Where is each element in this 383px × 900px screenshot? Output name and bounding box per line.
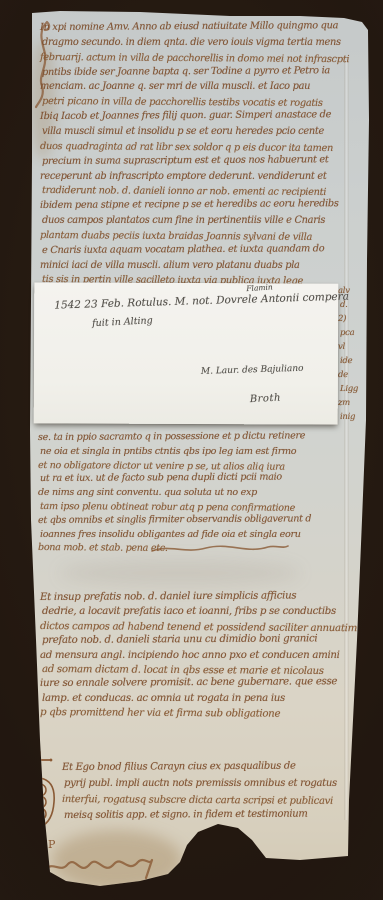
manuscript-line: tam ipso plenu obtineat robur atq p pena… [40, 501, 295, 514]
manuscript-line: Ibiq Iacob et Joannes fres filij quon. g… [40, 109, 331, 122]
manuscript-line: et qbs omnibs et singlis firmiter observ… [38, 513, 311, 526]
manuscript-line: lamp. et conducas. ac omnia ut rogata in… [42, 693, 285, 704]
manuscript-line: petri picano in villa de pacchorellis te… [42, 96, 323, 109]
line-end-fragment: vl [338, 342, 345, 352]
manuscript-line: et no obligatore dictor ut venire p se, … [38, 460, 285, 473]
slip-date-line: 1542 23 Feb. Rotulus. M. not. Dovrele An… [54, 291, 349, 312]
paragraph-mark: C̃ [22, 21, 30, 34]
manuscript-line: dictos campos ad habend tenend et possid… [40, 621, 357, 634]
line-end-fragment: inig [340, 412, 355, 422]
line-end-fragment: de [338, 370, 348, 380]
slip-signature: Broth [250, 393, 282, 405]
manuscript-line: duos quadraginta ad rat libr sex soldor … [40, 141, 333, 154]
vertical-fold-crease [344, 60, 349, 820]
line-end-flourish [150, 542, 290, 556]
manuscript-line: meisq solitis app. et signo. in fidem et… [64, 809, 308, 821]
manuscript-line: Et insup prefatis nob. d. daniel iure si… [40, 590, 296, 603]
manuscript-line: februarij. actum in villa de pacchorelli… [40, 52, 349, 65]
manuscript-line: duos campos plantatos cum fine in pertin… [42, 215, 325, 226]
notary-letter-left: Ç [22, 838, 30, 851]
manuscript-line: tradiderunt nob. d. danieli ionno ar nob… [42, 185, 326, 198]
manuscript-line: ad somam dictam d. locat in qbs esse et … [42, 664, 324, 677]
line-end-fragment: pca [340, 328, 354, 338]
manuscript-line: plantam duabs peciis iuxta braidas Joann… [40, 230, 312, 243]
manuscript-line: ut ra et iux. ut de facto sub pena dupli… [40, 472, 282, 484]
manuscript-line: pntibs ibide ser Joanne bapta q. ser Tod… [42, 65, 330, 78]
manuscript-line: dedrie, a locavit prefatis iaco et ioann… [42, 606, 336, 617]
manuscript-line: ibidem pena stipne et recipne p se et he… [40, 198, 339, 211]
manuscript-line: pyrij publ. impli auctn nots premissis o… [64, 778, 337, 789]
manuscript-line: se. ta in ppio sacramto q in possessione… [38, 430, 305, 443]
photo-stage: C̃ In xpi nomine Amv. Anno ab eiusd nati… [0, 0, 383, 900]
archivist-slip: 1542 23 Feb. Rotulus. M. not. Dovrele An… [34, 282, 339, 424]
line-end-fragment: 2) [338, 314, 346, 324]
manuscript-line: villa muscli simul et insolidu p se et e… [42, 126, 324, 137]
line-end-fragment: Ligg [340, 384, 358, 394]
manuscript-line: prefato nob. d. danieli staria unu cu di… [42, 634, 317, 647]
manuscript-line: minici iaci de villa muscli. alium vero … [40, 260, 300, 271]
smudge-middle [60, 560, 300, 586]
manuscript-line: In xpi nomine Amv. Anno ab eiusd natiuit… [40, 20, 338, 33]
manuscript-line: iure so ennale solvere promisit. ac bene… [40, 677, 337, 690]
manuscript-line: p qbs promittend her via et firma sub ob… [40, 707, 280, 720]
manuscript-line: receperunt ab infrascripto emptore deder… [40, 171, 326, 182]
signature-squiggle [42, 852, 154, 882]
line-end-fragment: zm [338, 398, 350, 408]
parchment-sheet: C̃ In xpi nomine Amv. Anno ab eiusd nati… [0, 0, 383, 900]
manuscript-line: ad mensura angl. incipiendo hoc anno pxo… [40, 650, 340, 661]
manuscript-line: bona mob. et stab. pena etc. [38, 542, 168, 554]
manuscript-line: menciam. ac Joanne q. ser mri de villa m… [40, 81, 310, 92]
manuscript-line: interfui, rogatusq subscre dicta carta s… [62, 794, 333, 807]
notary-letter-right: P [48, 838, 56, 851]
manuscript-line: Et Ego bnod filius Carayn cius ex pasqua… [62, 761, 296, 773]
manuscript-line: de nims ang sint conventu. qua soluta ut… [38, 487, 257, 498]
manuscript-line: dragmo secundo. in diem qnta. die vero i… [42, 37, 341, 48]
slip-interline-note: Flamin [246, 282, 273, 293]
manuscript-line: e Cnaris iuxta aquam vocatam plathea. et… [42, 243, 324, 256]
manuscript-line: ne oia et singla in pntibs ctntis qbs ip… [40, 446, 296, 457]
manuscript-line: ioannes fres insolidu obligantes ad fide… [40, 529, 301, 540]
manuscript-line: precium in suma suprascriptum est et quo… [42, 154, 329, 167]
line-end-fragment: ide [340, 356, 352, 366]
slip-attribution-line: M. Laur. des Bajuliano [201, 364, 304, 377]
slip-place-line: fuit in Alting [92, 315, 153, 329]
